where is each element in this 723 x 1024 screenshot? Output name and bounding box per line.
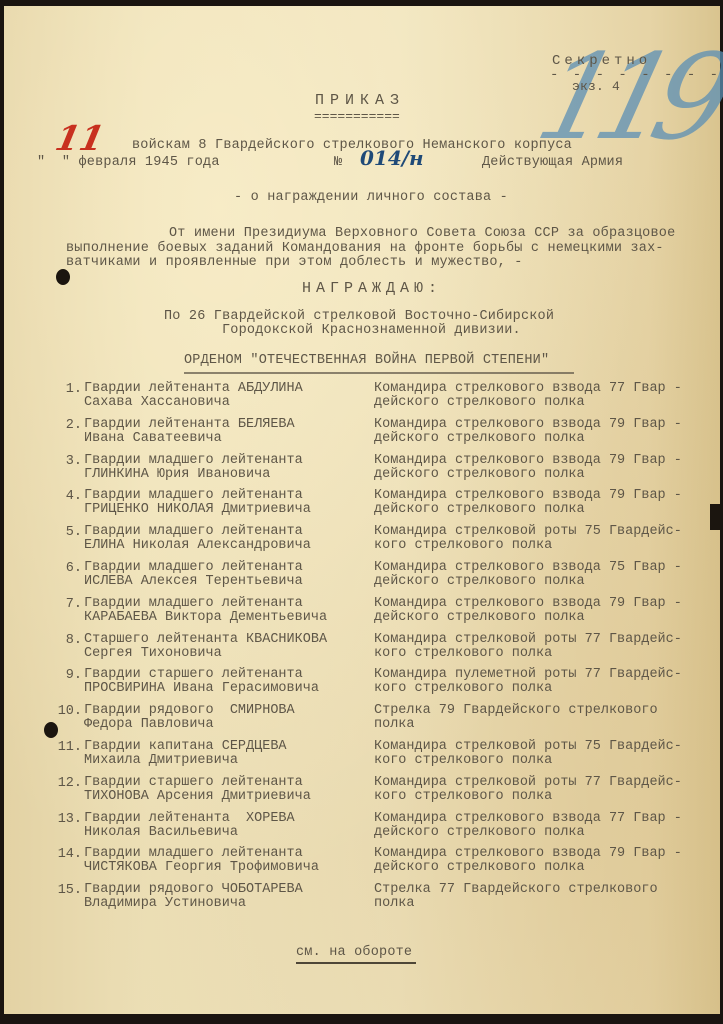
awardee-rank-name: Гвардии лейтенанта БЕЛЯЕВА — [84, 418, 295, 432]
awardee-number: 15. — [54, 883, 82, 898]
awardee-full-name: Ивана Саватеевича — [84, 432, 222, 446]
awardee-rank-name: Гвардии лейтенанта АБДУЛИНА — [84, 382, 303, 396]
awardee-number: 9. — [54, 668, 82, 683]
awardee-position-cont: кого стрелкового полка — [374, 682, 552, 696]
awardee-row: 14. Гвардии младшего лейтенанта ЧИСТЯКОВ… — [4, 847, 720, 881]
awardee-rank-name: Гвардии старшего лейтенанта — [84, 776, 303, 790]
awardee-row: 3. Гвардии младшего лейтенанта ГЛИНКИНА … — [4, 454, 720, 488]
awardee-position: Командира стрелковой роты 75 Гвардейс- — [374, 525, 682, 539]
awardee-rank-name: Гвардии капитана СЕРДЦЕВА — [84, 740, 287, 754]
footer-note: см. на обороте — [296, 946, 412, 960]
awardee-number: 14. — [54, 847, 82, 862]
awardee-number: 7. — [54, 597, 82, 612]
awardee-number: 6. — [54, 561, 82, 576]
awardee-full-name: ПРОСВИРИНА Ивана Герасимовича — [84, 682, 319, 696]
awardee-position-cont: дейского стрелкового полка — [374, 575, 585, 589]
awardee-full-name: Николая Васильевича — [84, 826, 238, 840]
awardee-position-cont: дейского стрелкового полка — [374, 396, 585, 410]
awardee-position: Стрелка 77 Гвардейского стрелкового — [374, 883, 658, 897]
awardee-full-name: Федора Павловича — [84, 718, 214, 732]
awardee-rank-name: Гвардии старшего лейтенанта — [84, 668, 303, 682]
awardee-rank-name: Гвардии рядового СМИРНОВА — [84, 704, 295, 718]
awardee-row: 8. Старшего лейтенанта КВАСНИКОВА Сергея… — [4, 633, 720, 667]
awardee-full-name: Сахава Хассановича — [84, 396, 230, 410]
awardee-number: 2. — [54, 418, 82, 433]
awardee-position: Командира стрелкового взвода 79 Гвар - — [374, 454, 682, 468]
awardee-rank-name: Гвардии младшего лейтенанта — [84, 847, 303, 861]
division-line-1: По 26 Гвардейской стрелковой Восточно-Си… — [164, 310, 554, 324]
title-underline: =========== — [314, 110, 400, 124]
awardee-number: 13. — [54, 812, 82, 827]
awardee-position-cont: кого стрелкового полка — [374, 754, 552, 768]
awardee-row: 1. Гвардии лейтенанта АБДУЛИНА Сахава Ха… — [4, 382, 720, 416]
awardee-number: 10. — [54, 704, 82, 719]
army-line: Действующая Армия — [482, 156, 623, 170]
awardee-number: 3. — [54, 454, 82, 469]
awardee-position: Стрелка 79 Гвардейского стрелкового — [374, 704, 658, 718]
awardee-full-name: ЕЛИНА Николая Александровича — [84, 539, 311, 553]
awardee-number: 5. — [54, 525, 82, 540]
order-title-underline — [184, 372, 574, 374]
awardee-full-name: Сергея Тихоновича — [84, 647, 222, 661]
awardee-position: Командира стрелкового взвода 75 Гвар - — [374, 561, 682, 575]
subject-line: - о награждении личного состава - — [234, 191, 508, 205]
awardee-position-cont: дейского стрелкового полка — [374, 432, 585, 446]
awardee-rank-name: Гвардии младшего лейтенанта — [84, 561, 303, 575]
award-heading: НАГРАЖДАЮ: — [302, 282, 442, 296]
date-line: " " февраля 1945 года — [37, 156, 220, 170]
division-line-2: Городокской Краснознаменной дивизии. — [222, 324, 521, 338]
awardee-number: 11. — [54, 740, 82, 755]
awardee-full-name: ГРИЦЕНКО НИКОЛАЯ Дмитриевича — [84, 503, 311, 517]
number-prefix: № — [334, 156, 342, 170]
awardee-number: 8. — [54, 633, 82, 648]
preamble-line-1: От имени Президиума Верховного Совета Со… — [169, 227, 675, 241]
awardee-row: 15. Гвардии рядового ЧОБОТАРЕВА Владимир… — [4, 883, 720, 917]
awardee-position: Командира стрелкового взвода 79 Гвар - — [374, 597, 682, 611]
awardee-number: 1. — [54, 382, 82, 397]
awardee-position: Командира стрелкового взвода 77 Гвар - — [374, 812, 682, 826]
awardee-full-name: ИСЛЕВА Алексея Терентьевича — [84, 575, 303, 589]
awardee-rank-name: Гвардии младшего лейтенанта — [84, 597, 303, 611]
awardee-position-cont: полка — [374, 897, 415, 911]
awardee-position: Командира стрелкового взвода 77 Гвар - — [374, 382, 682, 396]
awardee-row: 4. Гвардии младшего лейтенанта ГРИЦЕНКО … — [4, 489, 720, 523]
awardee-number: 4. — [54, 489, 82, 504]
awardee-position-cont: дейского стрелкового полка — [374, 468, 585, 482]
awardee-rank-name: Гвардии младшего лейтенанта — [84, 525, 303, 539]
awardee-number: 12. — [54, 776, 82, 791]
footer-underline — [296, 962, 416, 964]
awardee-row: 12. Гвардии старшего лейтенанта ТИХОНОВА… — [4, 776, 720, 810]
awardee-rank-name: Гвардии рядового ЧОБОТАРЕВА — [84, 883, 303, 897]
punch-hole — [44, 722, 58, 738]
awardee-position-cont: полка — [374, 718, 415, 732]
awardee-row: 6. Гвардии младшего лейтенанта ИСЛЕВА Ал… — [4, 561, 720, 595]
copy-number: экз. 4 — [572, 80, 620, 94]
awardee-position: Командира стрелкового взвода 79 Гвар - — [374, 847, 682, 861]
awardee-position: Командира стрелкового взвода 79 Гвар - — [374, 489, 682, 503]
awardee-row: 10. Гвардии рядового СМИРНОВА Федора Пав… — [4, 704, 720, 738]
awardee-row: 5. Гвардии младшего лейтенанта ЕЛИНА Ник… — [4, 525, 720, 559]
awardee-row: 7. Гвардии младшего лейтенанта КАРАБАЕВА… — [4, 597, 720, 631]
awardee-rank-name: Гвардии младшего лейтенанта — [84, 454, 303, 468]
awardee-full-name: Владимира Устиновича — [84, 897, 246, 911]
awardee-row: 13. Гвардии лейтенанта ХОРЕВА Николая Ва… — [4, 812, 720, 846]
handwritten-order-number: 014/н — [360, 146, 424, 170]
awardee-row: 11. Гвардии капитана СЕРДЦЕВА Михаила Дм… — [4, 740, 720, 774]
awardee-rank-name: Гвардии лейтенанта ХОРЕВА — [84, 812, 295, 826]
awardee-full-name: ЧИСТЯКОВА Георгия Трофимовича — [84, 861, 319, 875]
preamble-line-3: ватчиками и проявленные при этом доблест… — [66, 256, 523, 270]
awardee-rank-name: Старшего лейтенанта КВАСНИКОВА — [84, 633, 327, 647]
awardee-position: Командира стрелкового взвода 79 Гвар - — [374, 418, 682, 432]
punch-hole — [56, 269, 70, 285]
awardee-position-cont: дейского стрелкового полка — [374, 503, 585, 517]
awardee-full-name: ГЛИНКИНА Юрия Ивановича — [84, 468, 270, 482]
awardee-position: Командира стрелковой роты 77 Гвардейс- — [374, 776, 682, 790]
awardee-position-cont: дейского стрелкового полка — [374, 826, 585, 840]
order-title: ОРДЕНОМ "ОТЕЧЕСТВЕННАЯ ВОЙНА ПЕРВОЙ СТЕП… — [184, 354, 549, 368]
troops-line: войскам 8 Гвардейского стрелкового Неман… — [132, 139, 572, 153]
awardee-position-cont: кого стрелкового полка — [374, 647, 552, 661]
awardee-row: 2. Гвардии лейтенанта БЕЛЯЕВА Ивана Сава… — [4, 418, 720, 452]
awardee-full-name: КАРАБАЕВА Виктора Дементьевича — [84, 611, 327, 625]
awardee-row: 9. Гвардии старшего лейтенанта ПРОСВИРИН… — [4, 668, 720, 702]
awardee-full-name: ТИХОНОВА Арсения Дмитриевича — [84, 790, 311, 804]
preamble-line-2: выполнение боевых заданий Командования н… — [66, 242, 664, 256]
awardee-position: Командира пулеметной роты 77 Гвардейс- — [374, 668, 682, 682]
classification-stamp: Секретно — [552, 54, 651, 68]
handwritten-day: 11 — [52, 119, 108, 159]
awardee-position: Командира стрелковой роты 77 Гвардейс- — [374, 633, 682, 647]
document-page: 119 Секретно - - - - - - - - экз. 4 ПРИК… — [4, 6, 720, 1014]
awardee-rank-name: Гвардии младшего лейтенанта — [84, 489, 303, 503]
awardee-position-cont: кого стрелкового полка — [374, 790, 552, 804]
awardee-position-cont: дейского стрелкового полка — [374, 861, 585, 875]
awardee-position: Командира стрелковой роты 75 Гвардейс- — [374, 740, 682, 754]
awardee-full-name: Михаила Дмитриевича — [84, 754, 238, 768]
awardee-position-cont: кого стрелкового полка — [374, 539, 552, 553]
awardee-position-cont: дейского стрелкового полка — [374, 611, 585, 625]
document-title: ПРИКАЗ — [315, 94, 405, 108]
edge-tear — [710, 504, 720, 530]
